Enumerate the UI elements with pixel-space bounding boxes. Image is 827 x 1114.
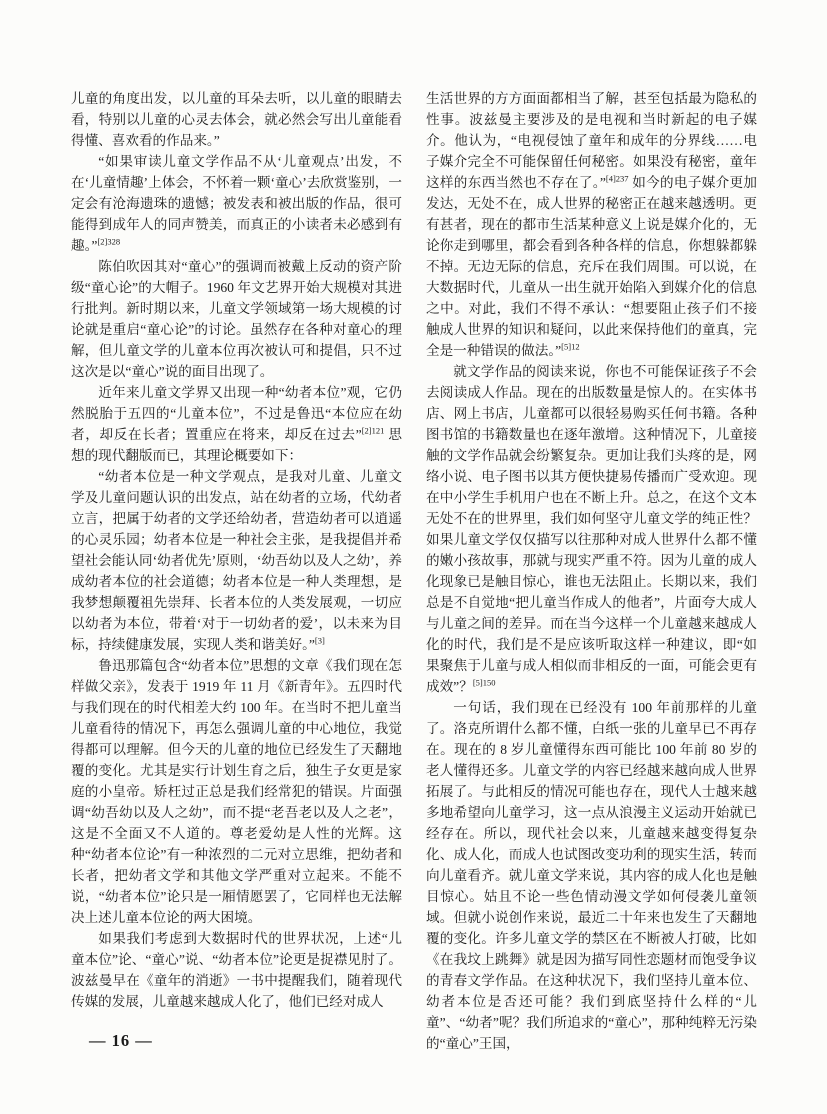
paragraph: 儿童的角度出发，以儿童的耳朵去听，以儿童的眼睛去看，特别以儿童的心灵去体会，就必… xyxy=(71,88,402,151)
citation-superscript: [2]121 xyxy=(362,425,385,435)
citation-superscript: [2]328 xyxy=(97,236,120,246)
right-column: 生活世界的方方面面都相当了解，甚至包括最为隐私的性事。波兹曼主要涉及的是电视和当… xyxy=(426,88,757,1054)
paragraph: 就文学作品的阅读来说，你也不可能保证孩子不会去阅读成人作品。现在的出版数量是惊人… xyxy=(426,361,757,697)
citation-superscript: [4]237 xyxy=(606,173,629,183)
paragraph: 鲁迅那篇包含“幼者本位”思想的文章《我们现在怎样做父亲》，发表于 1919 年 … xyxy=(71,655,402,928)
paragraph: “如果审读儿童文学作品不从‘儿童观点’出发，不在‘儿童情趣’上体会，不怀着一颗‘… xyxy=(71,151,402,256)
citation-superscript: [5]12 xyxy=(561,341,579,351)
page-body: 儿童的角度出发，以儿童的耳朵去听，以儿童的眼睛去看，特别以儿童的心灵去体会，就必… xyxy=(71,88,757,1054)
scanned-document-page: 儿童的角度出发，以儿童的耳朵去听，以儿童的眼睛去看，特别以儿童的心灵去体会，就必… xyxy=(0,0,827,1114)
paragraph: 如果我们考虑到大数据时代的世界状况，上述“儿童本位”论、“童心”说、“幼者本位”… xyxy=(71,928,402,1012)
paragraph: 一句话，我们现在已经没有 100 年前那样的儿童了。洛克所谓什么都不懂，白纸一张… xyxy=(426,697,757,1054)
citation-superscript: [5]150 xyxy=(473,677,496,687)
page-number: — 16 — xyxy=(89,1031,153,1051)
paragraph: 陈伯吹因其对“童心”的强调而被戴上反动的资产阶级“童心论”的大帽子。1960 年… xyxy=(71,256,402,382)
citation-superscript: [3] xyxy=(315,635,325,645)
paragraph: 近年来儿童文学界又出现一种“幼者本位”观，它仍然脱胎于五四的“儿童本位”，不过是… xyxy=(71,382,402,466)
left-column: 儿童的角度出发，以儿童的耳朵去听，以儿童的眼睛去看，特别以儿童的心灵去体会，就必… xyxy=(71,88,402,1054)
paragraph: “幼者本位是一种文学观点，是我对儿童、儿童文学及儿童问题认识的出发点，站在幼者的… xyxy=(71,466,402,655)
paragraph: 生活世界的方方面面都相当了解，甚至包括最为隐私的性事。波兹曼主要涉及的是电视和当… xyxy=(426,88,757,361)
